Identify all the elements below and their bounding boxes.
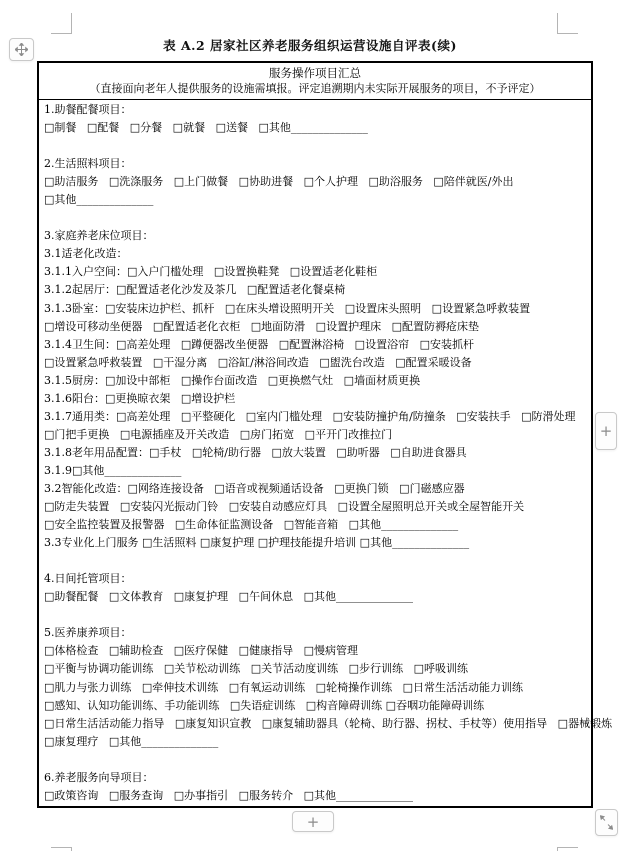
checkbox-item[interactable]: □文体教育	[109, 590, 174, 603]
checkbox-item[interactable]: □其他______________	[304, 590, 413, 603]
checkbox-item[interactable]: □生活照料	[142, 536, 200, 549]
form-line: 1.助餐配餐项目：	[44, 101, 587, 119]
form-line: 3.1.2起居厅：□配置适老化沙发及茶几 □配置适老化餐桌椅	[44, 281, 587, 299]
document-page: { "document": { "title": "表 A.2 居家社区养老服务…	[0, 0, 620, 851]
checkbox-item[interactable]: □防滑处理	[521, 410, 575, 423]
line-label: 3.1.9	[44, 464, 72, 477]
form-line: 3.1.9□其他______________	[44, 462, 587, 480]
checkbox-item[interactable]: □服务查询	[109, 789, 174, 802]
checkbox-item[interactable]: □午间休息	[239, 590, 304, 603]
form-line: □日常生活活动能力指导 □康复知识宣教 □康复辅助器具（轮椅、助行器、拐杖、手杖…	[44, 715, 587, 733]
line-label: 3.1.3卧室：	[44, 302, 105, 315]
form-line: 5.医养康养项目：	[44, 624, 587, 642]
checkbox-item[interactable]: □康复护理	[200, 536, 258, 549]
form-line: □制餐 □配餐 □分餐 □就餐 □送餐 □其他______________	[44, 119, 587, 137]
form-line: 3.3专业化上门服务 □生活照料 □康复护理 □护理技能提升培训 □其他____…	[44, 534, 587, 552]
form-line: □平衡与协调功能训练 □关节松动训练 □关节活动度训练 □步行训练 □呼吸训练	[44, 660, 587, 678]
checkbox-item[interactable]: □高差处理	[116, 338, 181, 351]
checkbox-item[interactable]: □助洁服务	[44, 175, 109, 188]
checkbox-item[interactable]: □平整硬化	[181, 410, 246, 423]
checkbox-item[interactable]: □设置床头照明	[345, 302, 432, 315]
checkbox-item[interactable]: □政策咨询	[44, 789, 109, 802]
line-label: 5.医养康养项目：	[44, 626, 132, 639]
form-line: □其他______________	[44, 191, 587, 209]
checkbox-item[interactable]: □感知、认知功能训练、手功能训练	[44, 699, 230, 712]
checkbox-item[interactable]: □上门做餐	[174, 175, 239, 188]
checkbox-item[interactable]: □构音障碍训练	[306, 699, 386, 712]
form-line: 3.家庭养老床位项目：	[44, 227, 587, 245]
checkbox-item[interactable]: □康复理疗	[44, 735, 109, 748]
checkbox-item[interactable]: □关节活动度训练	[251, 662, 349, 675]
checkbox-item[interactable]: □更换晾衣架	[105, 392, 181, 405]
form-line: □安全监控装置及报警器 □生命体征监测设备 □智能音箱 □其他_________…	[44, 516, 587, 534]
checkbox-item[interactable]: □慢病管理	[304, 644, 358, 657]
checkbox-item[interactable]: □增设可移动坐便器	[44, 320, 153, 333]
form-line: 4.日间托管项目：	[44, 570, 587, 588]
line-label: 3.1适老化改造：	[44, 247, 128, 260]
table-body: 1.助餐配餐项目：□制餐 □配餐 □分餐 □就餐 □送餐 □其他________…	[39, 100, 591, 805]
checkbox-item[interactable]: □高差处理	[116, 410, 181, 423]
checkbox-item[interactable]: □体格检查	[44, 644, 109, 657]
checkbox-item[interactable]: □设置护理床	[316, 320, 392, 333]
checkbox-item[interactable]: □器械锻炼	[558, 717, 612, 730]
form-line: 3.2智能化改造：□网络连接设备 □语音或视频通话设备 □更换门锁 □门磁感应器	[44, 480, 587, 498]
form-line: □肌力与张力训练 □牵伸技术训练 □有氧运动训练 □轮椅操作训练 □日常生活活动…	[44, 679, 587, 697]
checkbox-item[interactable]: □安装自动感应灯具	[229, 500, 338, 513]
form-line: □防走失装置 □安装闪光振动门铃 □安装自动感应灯具 □设置全屋照明总开关或全屋…	[44, 498, 587, 516]
line-label: 3.3专业化上门服务	[44, 536, 142, 549]
checkbox-item[interactable]: □就餐	[173, 121, 216, 134]
blank-line	[44, 209, 587, 227]
form-line: 2.生活照料项目：	[44, 155, 587, 173]
checkbox-item[interactable]: □设置紧急呼救装置	[432, 302, 530, 315]
checkbox-item[interactable]: □其他______________	[44, 193, 153, 206]
checkbox-item[interactable]: □肌力与张力训练	[44, 681, 142, 694]
checkbox-item[interactable]: □吞咽功能障碍训练	[386, 699, 484, 712]
margin-crop-mark-bottom-left	[51, 847, 72, 848]
margin-crop-mark-bottom-left	[71, 847, 72, 851]
checkbox-item[interactable]: □辅助检查	[109, 644, 174, 657]
margin-crop-mark-top-left	[71, 13, 72, 34]
line-label: 3.1.2起居厅：	[44, 283, 116, 296]
table-move-handle[interactable]	[9, 38, 34, 61]
checkbox-item[interactable]: □服务转介	[239, 789, 304, 802]
form-line: 3.1.8老年用品配置：□手杖 □轮椅/助行器 □放大装置 □助听器 □自助进食…	[44, 444, 587, 462]
page-title: 表 A.2 居家社区养老服务组织运营设施自评表(续)	[0, 36, 620, 54]
plus-icon: +	[600, 422, 613, 440]
checkbox-item[interactable]: □在床头增设照明开关	[225, 302, 345, 315]
line-label: 3.家庭养老床位项目：	[44, 229, 154, 242]
checkbox-item[interactable]: □设置紧急呼救装置	[44, 356, 153, 369]
table-header-title: 服务操作项目汇总	[41, 65, 589, 81]
margin-crop-mark-top-right	[557, 33, 578, 34]
form-line: 3.1.6阳台：□更换晾衣架 □增设护栏	[44, 390, 587, 408]
move-icon	[15, 43, 28, 56]
checkbox-item[interactable]: □分餐	[130, 121, 173, 134]
checkbox-item[interactable]: □牵伸技术训练	[142, 681, 229, 694]
checkbox-item[interactable]: □其他______________	[72, 464, 181, 477]
checkbox-item[interactable]: □助餐配餐	[44, 590, 109, 603]
table-header: 服务操作项目汇总 （直接面向老年人提供服务的设施需填报。评定追溯期内未实际开展服…	[39, 63, 591, 100]
checkbox-item[interactable]: □防走失装置	[44, 500, 120, 513]
form-line: □门把手更换 □电源插座及开关改造 □房门拓宽 □平开门改推拉门	[44, 426, 587, 444]
checkbox-item[interactable]: □配置采暖设备	[395, 356, 471, 369]
line-label: 3.1.6阳台：	[44, 392, 105, 405]
checkbox-item[interactable]: □制餐	[44, 121, 87, 134]
checkbox-item[interactable]: □蹲便器改坐便器	[181, 338, 279, 351]
checkbox-item[interactable]: □其他______________	[109, 735, 218, 748]
form-line: □感知、认知功能训练、手功能训练 □失语症训练 □构音障碍训练 □吞咽功能障碍训…	[44, 697, 587, 715]
checkbox-item[interactable]: □配置适老化餐桌椅	[247, 283, 345, 296]
line-label: 6.养老服务向导项目：	[44, 771, 154, 784]
checkbox-item[interactable]: □操作台面改造	[181, 374, 268, 387]
checkbox-item[interactable]: □生命体征监测设备	[175, 518, 284, 531]
checkbox-item[interactable]: □门磁感应器	[399, 482, 464, 495]
form-line: 6.养老服务向导项目：	[44, 769, 587, 787]
checkbox-item[interactable]: □日常生活活动能力训练	[403, 681, 523, 694]
checkbox-item[interactable]: □安装防撞护角/防撞条	[333, 410, 457, 423]
checkbox-item[interactable]: □配餐	[87, 121, 130, 134]
form-line: □增设可移动坐便器 □配置适老化衣柜 □地面防滑 □设置护理床 □配置防褥疮床垫	[44, 318, 587, 336]
checkbox-item[interactable]: □地面防滑	[251, 320, 316, 333]
form-line: 3.1.3卧室：□安装床边护栏、抓杆 □在床头增设照明开关 □设置床头照明 □设…	[44, 300, 587, 318]
checkbox-item[interactable]: □放大装置	[271, 446, 336, 459]
line-label: 3.2智能化改造：	[44, 482, 128, 495]
checkbox-item[interactable]: □个人护理	[304, 175, 369, 188]
line-label: 1.助餐配餐项目：	[44, 103, 132, 116]
checkbox-item[interactable]: □更换门锁	[334, 482, 399, 495]
checkbox-item[interactable]: □洗涤服务	[109, 175, 174, 188]
checkbox-item[interactable]: □安装闪光振动门铃	[120, 500, 229, 513]
checkbox-item[interactable]: □其他______________	[360, 536, 469, 549]
checkbox-item[interactable]: □协助进餐	[239, 175, 304, 188]
form-line: 3.1适老化改造：	[44, 245, 587, 263]
checkbox-item[interactable]: □自助进食器具	[390, 446, 466, 459]
checkbox-item[interactable]: □康复辅助器具（轮椅、助行器、拐杖、手杖等）使用指导	[262, 717, 558, 730]
table-resize-handle[interactable]	[595, 809, 618, 836]
checkbox-item[interactable]: □助浴服务	[368, 175, 433, 188]
checkbox-item[interactable]: □网络连接设备	[128, 482, 215, 495]
checkbox-item[interactable]: □电源插座及开关改造	[120, 428, 240, 441]
checkbox-item[interactable]: □康复护理	[174, 590, 239, 603]
checkbox-item[interactable]: □其他______________	[258, 121, 367, 134]
checkbox-item[interactable]: □呼吸训练	[414, 662, 468, 675]
line-label: 3.1.8老年用品配置：	[44, 446, 149, 459]
blank-line	[44, 137, 587, 155]
form-line: □政策咨询 □服务查询 □办事指引 □服务转介 □其他_____________…	[44, 787, 587, 805]
checkbox-item[interactable]: □手杖	[149, 446, 192, 459]
checkbox-item[interactable]: □配置淋浴椅	[279, 338, 355, 351]
checkbox-item[interactable]: □其他______________	[304, 789, 413, 802]
checkbox-item[interactable]: □送餐	[216, 121, 259, 134]
checkbox-item[interactable]: □室内门槛处理	[246, 410, 333, 423]
checkbox-item[interactable]: □设置全屋照明总开关或全屋智能开关	[338, 500, 524, 513]
checkbox-item[interactable]: □康复知识宣教	[175, 717, 262, 730]
blank-line	[44, 751, 587, 769]
checkbox-item[interactable]: □浴缸/淋浴间改造	[218, 356, 320, 369]
form-line: 3.1.4卫生间：□高差处理 □蹲便器改坐便器 □配置淋浴椅 □设置浴帘 □安装…	[44, 336, 587, 354]
form-line: 3.1.7通用类：□高差处理 □平整硬化 □室内门槛处理 □安装防撞护角/防撞条…	[44, 408, 587, 426]
checkbox-item[interactable]: □步行训练	[349, 662, 414, 675]
checkbox-item[interactable]: □日常生活活动能力指导	[44, 717, 175, 730]
checkbox-item[interactable]: □语音或视频通话设备	[214, 482, 334, 495]
checkbox-item[interactable]: □医疗保健	[174, 644, 239, 657]
margin-crop-mark-top-right	[557, 13, 558, 34]
checkbox-item[interactable]: □关节松动训练	[164, 662, 251, 675]
form-line: □助餐配餐 □文体教育 □康复护理 □午间休息 □其他_____________…	[44, 588, 587, 606]
table-header-note: （直接面向老年人提供服务的设施需填报。评定追溯期内未实际开展服务的项目，不予评定…	[41, 81, 589, 97]
checkbox-item[interactable]: □失语症训练	[230, 699, 306, 712]
checkbox-item[interactable]: □陪伴就医/外出	[433, 175, 513, 188]
checkbox-item[interactable]: □安装扶手	[456, 410, 521, 423]
checkbox-item[interactable]: □配置适老化沙发及茶几	[116, 283, 247, 296]
form-line: 3.1.5厨房：□加设中部柜 □操作台面改造 □更换燃气灶 □墙面材质更换	[44, 372, 587, 390]
form-line: □助洁服务 □洗涤服务 □上门做餐 □协助进餐 □个人护理 □助浴服务 □陪伴就…	[44, 173, 587, 191]
plus-icon: +	[307, 813, 320, 831]
checkbox-item[interactable]: □智能音箱	[284, 518, 349, 531]
margin-crop-mark-bottom-right	[557, 847, 558, 851]
checkbox-item[interactable]: □护理技能提升培训	[258, 536, 360, 549]
checkbox-item[interactable]: □更换燃气灶	[268, 374, 344, 387]
line-label: 2.生活照料项目：	[44, 157, 132, 170]
form-line: □设置紧急呼救装置 □干湿分离 □浴缸/淋浴间改造 □盥洗台改造 □配置采暖设备	[44, 354, 587, 372]
add-row-button[interactable]: +	[292, 811, 334, 832]
checkbox-item[interactable]: □设置适老化鞋柜	[290, 265, 377, 278]
checkbox-item[interactable]: □轮椅/助行器	[192, 446, 272, 459]
line-label: 3.1.5厨房：	[44, 374, 105, 387]
checkbox-item[interactable]: □设置浴帘	[355, 338, 420, 351]
blank-line	[44, 606, 587, 624]
checkbox-item[interactable]: □入户门槛处理	[127, 265, 214, 278]
form-line: □体格检查 □辅助检查 □医疗保健 □健康指导 □慢病管理	[44, 642, 587, 660]
margin-crop-mark-bottom-right	[557, 847, 578, 848]
line-label: 4.日间托管项目：	[44, 572, 132, 585]
service-summary-table: 服务操作项目汇总 （直接面向老年人提供服务的设施需填报。评定追溯期内未实际开展服…	[37, 61, 593, 808]
checkbox-item[interactable]: □轮椅操作训练	[316, 681, 403, 694]
line-label: 3.1.1入户空间：	[44, 265, 127, 278]
checkbox-item[interactable]: □增设护栏	[181, 392, 235, 405]
checkbox-item[interactable]: □助听器	[336, 446, 390, 459]
checkbox-item[interactable]: □房门拓宽	[240, 428, 305, 441]
checkbox-item[interactable]: □安全监控装置及报警器	[44, 518, 175, 531]
blank-line	[44, 552, 587, 570]
checkbox-item[interactable]: □安装抓杆	[420, 338, 474, 351]
checkbox-item[interactable]: □加设中部柜	[105, 374, 181, 387]
line-label: 3.1.7通用类：	[44, 410, 116, 423]
checkbox-item[interactable]: □墙面材质更换	[344, 374, 420, 387]
checkbox-item[interactable]: □配置适老化衣柜	[153, 320, 251, 333]
checkbox-item[interactable]: □其他______________	[349, 518, 458, 531]
checkbox-item[interactable]: □盥洗台改造	[319, 356, 395, 369]
checkbox-item[interactable]: □办事指引	[174, 789, 239, 802]
resize-diagonal-icon	[600, 815, 613, 830]
line-label: 3.1.4卫生间：	[44, 338, 116, 351]
form-line: 3.1.1入户空间：□入户门槛处理 □设置换鞋凳 □设置适老化鞋柜	[44, 263, 587, 281]
checkbox-item[interactable]: □干湿分离	[153, 356, 218, 369]
checkbox-item[interactable]: □配置防褥疮床垫	[392, 320, 479, 333]
checkbox-item[interactable]: □健康指导	[239, 644, 304, 657]
add-column-button[interactable]: +	[595, 412, 617, 450]
checkbox-item[interactable]: □安装床边护栏、抓杆	[105, 302, 225, 315]
checkbox-item[interactable]: □有氧运动训练	[229, 681, 316, 694]
margin-crop-mark-top-left	[51, 33, 72, 34]
checkbox-item[interactable]: □平开门改推拉门	[305, 428, 392, 441]
form-line: □康复理疗 □其他______________	[44, 733, 587, 751]
checkbox-item[interactable]: □平衡与协调功能训练	[44, 662, 164, 675]
checkbox-item[interactable]: □门把手更换	[44, 428, 120, 441]
checkbox-item[interactable]: □设置换鞋凳	[214, 265, 290, 278]
